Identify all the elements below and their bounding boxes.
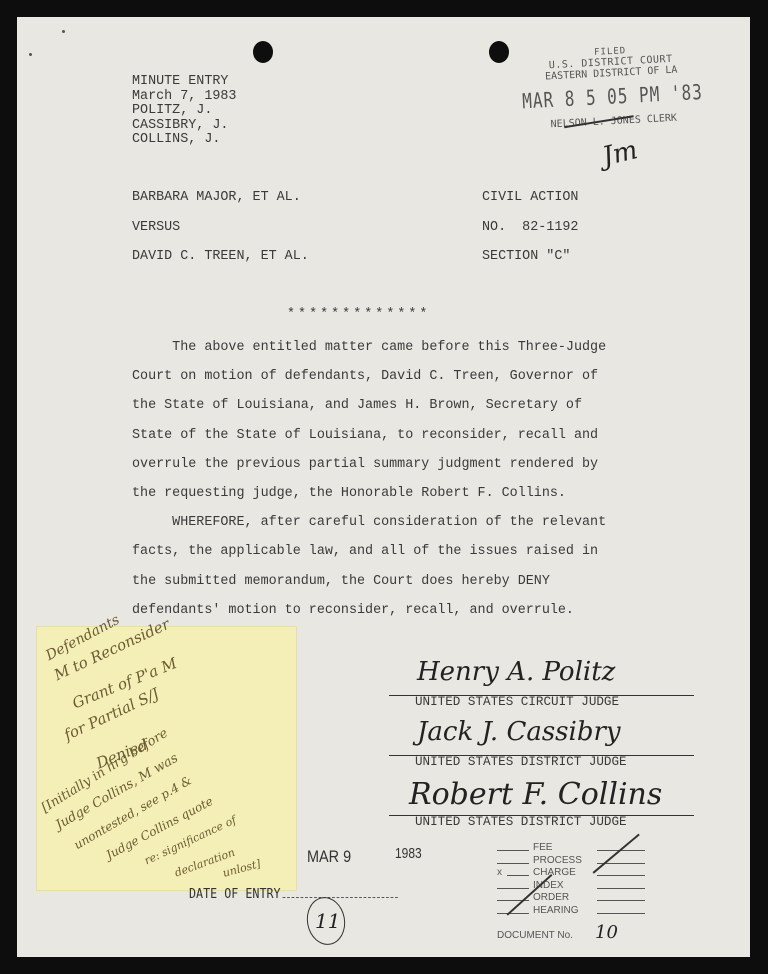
date-of-entry: DATE OF ENTRY [189, 887, 398, 902]
separator-stars: ************* [287, 307, 430, 322]
date-of-entry-rule [282, 897, 397, 898]
clerk-initials: Jm [600, 135, 641, 172]
document-number: 11 [315, 909, 340, 933]
signature-collins: Robert F. Collins UNITED STATES DISTRICT… [389, 777, 699, 837]
clerk-stamp-row: xCHARGE [497, 867, 657, 880]
clerk-stamp-row: INDEX [497, 880, 657, 893]
signature: Jack J. Cassibry [417, 717, 621, 747]
body-line: defendants' motion to reconsider, recall… [132, 596, 672, 625]
body-line: the State of Louisiana, and James H. Bro… [132, 391, 672, 420]
clerk-stamp-label: CHARGE [533, 867, 576, 878]
entry-year: 1983 [395, 845, 422, 862]
signature-title: UNITED STATES DISTRICT JUDGE [415, 815, 627, 829]
entry-date-stamp: MAR 9 [307, 847, 351, 867]
signature: Robert F. Collins [409, 777, 662, 812]
versus: VERSUS [132, 220, 180, 235]
paper-speck [62, 30, 65, 33]
signature-politz: Henry A. Politz UNITED STATES CIRCUIT JU… [389, 657, 699, 717]
signature: Henry A. Politz [417, 657, 615, 687]
minute-entry-date: March 7, 1983 [132, 90, 236, 105]
clerk-stamp-row: FEE [497, 842, 657, 855]
document-page: MINUTE ENTRY March 7, 1983 POLITZ, J. CA… [17, 17, 750, 957]
body-line: The above entitled matter came before th… [132, 333, 672, 362]
body-line: the submitted memorandum, the Court does… [132, 567, 672, 596]
paper-speck [29, 53, 32, 56]
body-line: facts, the applicable law, and all of th… [132, 537, 672, 566]
punch-hole-left [253, 41, 273, 63]
judge-politz: POLITZ, J. [132, 104, 236, 119]
punch-hole-right [489, 41, 509, 63]
clerk-stamp-label: PROCESS [533, 855, 582, 866]
clerk-stamp-row: PROCESS [497, 855, 657, 868]
date-of-entry-label: DATE OF ENTRY [189, 887, 281, 902]
plaintiff: BARBARA MAJOR, ET AL. [132, 190, 301, 205]
order-body: The above entitled matter came before th… [132, 333, 672, 625]
judge-cassibry: CASSIBRY, J. [132, 119, 236, 134]
body-line: overrule the previous partial summary ju… [132, 450, 672, 479]
minute-entry-header: MINUTE ENTRY March 7, 1983 POLITZ, J. CA… [132, 75, 236, 148]
section: SECTION "C" [482, 249, 570, 264]
signature-cassibry: Jack J. Cassibry UNITED STATES DISTRICT … [389, 717, 699, 777]
clerk-stamp: FEE PROCESS xCHARGE INDEX ORDER HEARING … [497, 842, 657, 917]
body-line: the requesting judge, the Honorable Robe… [132, 479, 672, 508]
document-no-label: DOCUMENT No. [497, 930, 573, 941]
sticky-note: Defendants M to Reconsider Grant of P'a … [37, 627, 296, 890]
clerk-stamp-row: HEARING [497, 905, 657, 918]
clerk-stamp-label: FEE [533, 842, 552, 853]
clerk-stamp-label: HEARING [533, 905, 579, 916]
defendant: DAVID C. TREEN, ET AL. [132, 249, 309, 264]
body-line: Court on motion of defendants, David C. … [132, 362, 672, 391]
clerk-stamp-label: ORDER [533, 892, 569, 903]
signature-block: Henry A. Politz UNITED STATES CIRCUIT JU… [389, 657, 699, 837]
signature-title: UNITED STATES CIRCUIT JUDGE [415, 695, 619, 709]
judge-collins: COLLINS, J. [132, 133, 236, 148]
body-line: WHEREFORE, after careful consideration o… [132, 508, 672, 537]
filed-datetime: MAR 8 5 05 PM '83 [517, 79, 708, 114]
minute-entry-title: MINUTE ENTRY [132, 75, 236, 90]
action-type: CIVIL ACTION [482, 190, 578, 205]
x-mark: x [497, 867, 502, 878]
filed-stamp: FILED U.S. DISTRICT COURT EASTERN DISTRI… [515, 42, 709, 132]
body-line: State of the State of Louisiana, to reco… [132, 421, 672, 450]
signature-title: UNITED STATES DISTRICT JUDGE [415, 755, 627, 769]
case-number: NO. 82-1192 [482, 220, 578, 235]
clerk-title: CLERK [647, 113, 678, 126]
filed-clerk: NELSON L. JONES CLERK [519, 111, 709, 132]
document-no-value: 10 [595, 922, 618, 943]
